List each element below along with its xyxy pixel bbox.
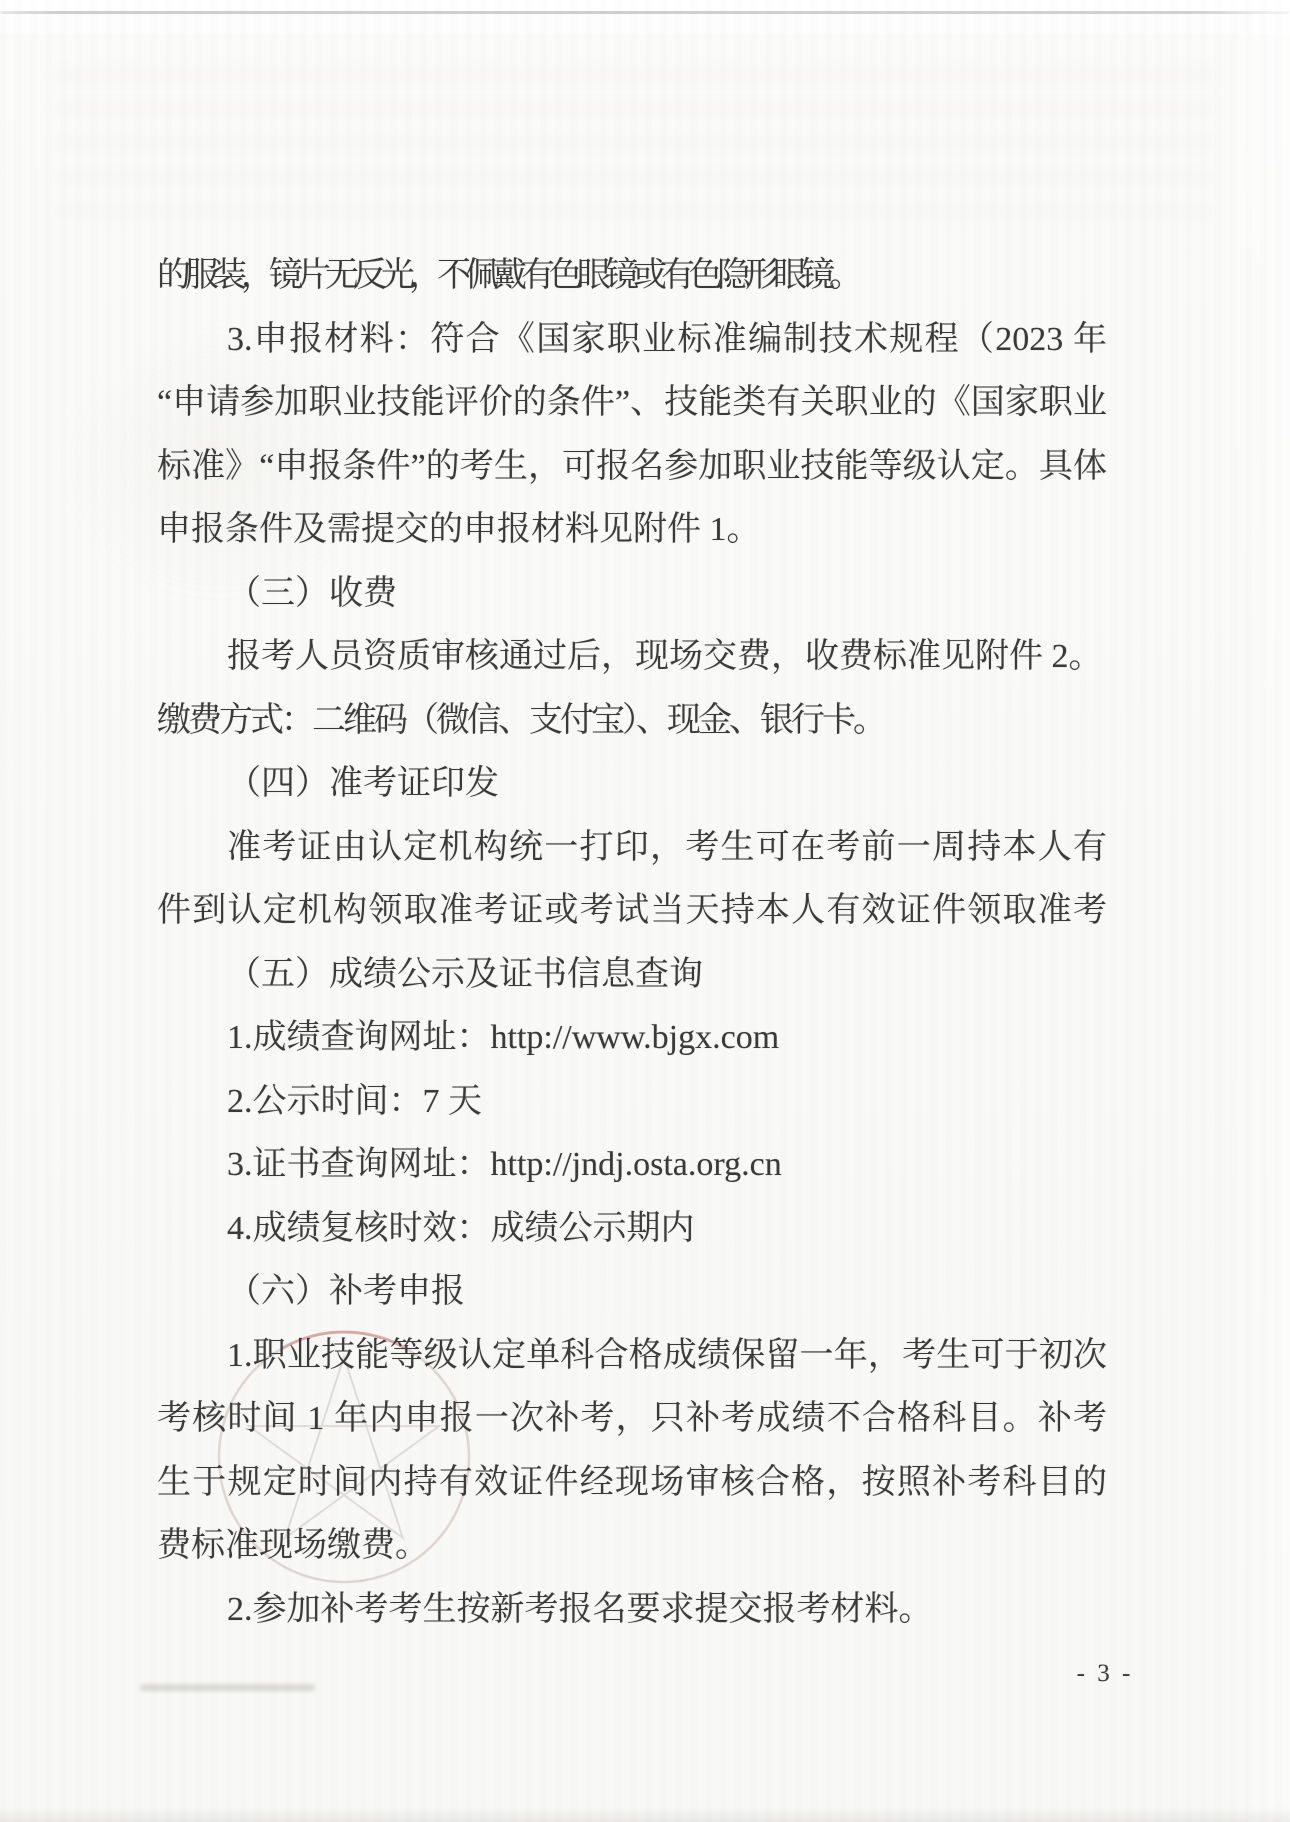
section-heading: （六）补考申报 <box>157 1260 1107 1324</box>
section-heading: （五）成绩公示及证书信息查询 <box>157 943 1107 1007</box>
text-line: “申请参加职业技能评价的条件”、技能类有关职业的《国家职业 <box>157 371 1107 435</box>
text-line: 4.成绩复核时效：成绩公示期内 <box>157 1197 1107 1261</box>
section-heading: （四）准考证印发 <box>157 752 1107 816</box>
page-bottom-shade <box>0 1806 1290 1822</box>
scan-smudge <box>140 1684 315 1691</box>
text-line: 缴费方式：二维码（微信、支付宝）、现金、银行卡。 <box>157 689 1107 753</box>
text-line: 的服装，镜片无反光，不佩戴有色眼镜或有色隐形眼镜。 <box>157 244 1107 308</box>
page-top-margin <box>0 14 1290 34</box>
text-line: 准考证由认定机构统一打印，考生可在考前一周持本人有效证 <box>157 816 1107 880</box>
text-line: 生于规定时间内持有效证件经现场审核合格，按照补考科目的收 <box>157 1451 1107 1515</box>
scanned-page: 的服装，镜片无反光，不佩戴有色眼镜或有色隐形眼镜。 3.申报材料：符合《国家职业… <box>0 0 1290 1822</box>
scan-bleed-through <box>55 66 1215 216</box>
text-line: 1.职业技能等级认定单科合格成绩保留一年，考生可于初次 <box>157 1324 1107 1388</box>
text-line: 1.成绩查询网址：http://www.bjgx.com <box>157 1006 1107 1070</box>
text-line: 件到认定机构领取准考证或考试当天持本人有效证件领取准考证。 <box>157 879 1107 943</box>
text-line: 3.申报材料：符合《国家职业标准编制技术规程（2023 年版）》 <box>157 308 1107 372</box>
text-line: 标准》“申报条件”的考生，可报名参加职业技能等级认定。具体 <box>157 435 1107 499</box>
text-line: 申报条件及需提交的申报材料见附件 1。 <box>157 498 1107 562</box>
page-number: - 3 - <box>1030 1660 1180 1688</box>
document-text: 的服装，镜片无反光，不佩戴有色眼镜或有色隐形眼镜。 3.申报材料：符合《国家职业… <box>157 244 1107 1641</box>
text-line: 2.参加补考考生按新考报名要求提交报考材料。 <box>157 1578 1107 1642</box>
section-heading: （三）收费 <box>157 562 1107 626</box>
text-line: 费标准现场缴费。 <box>157 1514 1107 1578</box>
text-line: 报考人员资质审核通过后，现场交费，收费标准见附件 2。 <box>157 625 1107 689</box>
text-line: 2.公示时间：7 天 <box>157 1070 1107 1134</box>
text-line: 3.证书查询网址：http://jndj.osta.org.cn <box>157 1133 1107 1197</box>
scan-edge-light <box>1220 0 1290 1822</box>
text-line: 考核时间 1 年内申报一次补考，只补考成绩不合格科目。补考考 <box>157 1387 1107 1451</box>
